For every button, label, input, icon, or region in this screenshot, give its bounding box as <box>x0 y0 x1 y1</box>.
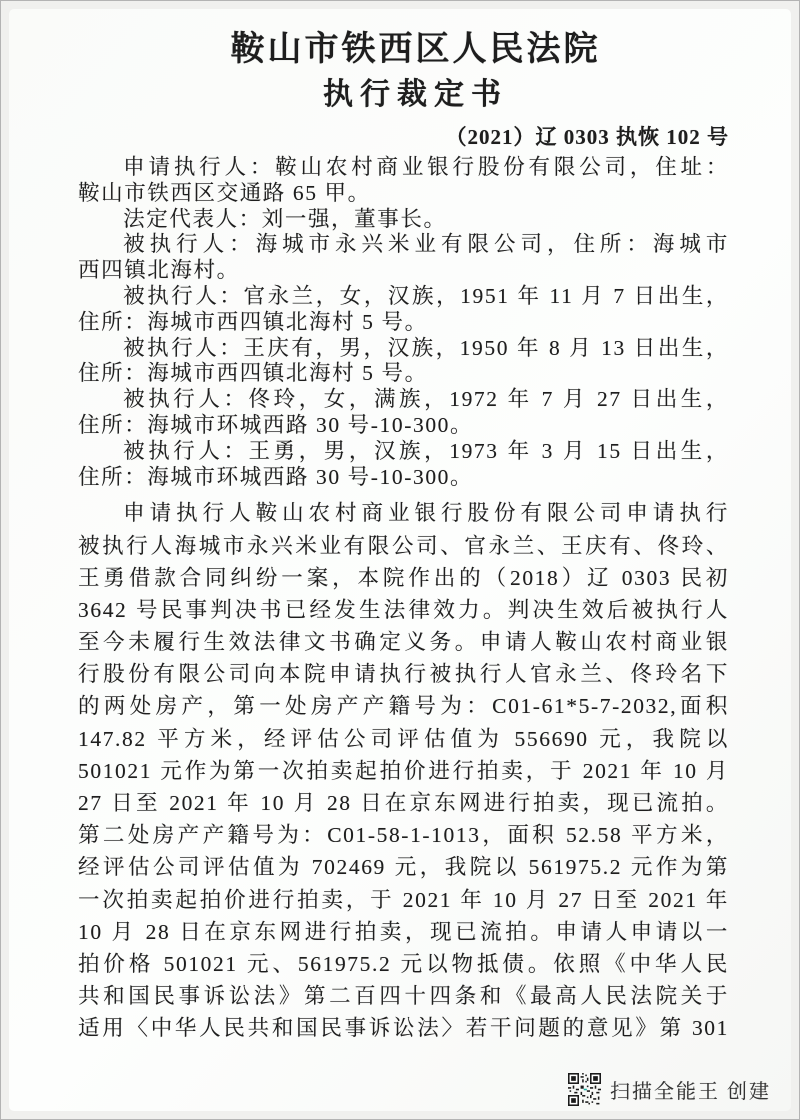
text-line: 被执行人：王庆有，男，汉族，1950 年 8 月 13 日出生， <box>78 336 729 362</box>
text-line: 行股份有限公司向本院申请执行被执行人官永兰、佟玲名下 <box>78 658 729 690</box>
text-line: 住所：海城市环城西路 30 号-10-300。 <box>78 413 729 439</box>
scanned-document: 鞍山市铁西区人民法院 执行裁定书 （2021）辽 0303 执恢 102 号 申… <box>0 0 800 1120</box>
text-line: 法定代表人：刘一强，董事长。 <box>78 207 729 233</box>
text-line: 10 月 28 日在京东网进行拍卖，现已流拍。申请人申请以一 <box>78 916 729 948</box>
text-line: 147.82 平方米，经评估公司评估值为 556690 元，我院以 <box>78 723 729 755</box>
text-line: 西四镇北海村。 <box>78 258 729 284</box>
text-line: 第二处房产产籍号为：C01-58-1-1013，面积 52.58 平方米， <box>78 819 729 851</box>
parties-section: 申请执行人：鞍山农村商业银行股份有限公司，住址：鞍山市铁西区交通路 65 甲。法… <box>78 155 729 490</box>
text-line: 拍价格 501021 元、561975.2 元以物抵债。依照《中华人民 <box>78 948 729 980</box>
text-line: 经评估公司评估值为 702469 元，我院以 561975.2 元作为第 <box>78 851 729 883</box>
text-line: 住所：海城市环城西路 30 号-10-300。 <box>78 465 729 491</box>
text-line: 的两处房产，第一处房产产籍号为：C01-61*5-7-2032,面积 <box>78 690 729 722</box>
watermark-text: 扫描全能王 创建 <box>610 1075 771 1104</box>
text-line: 被执行人海城市永兴米业有限公司、官永兰、王庆有、佟玲、 <box>78 530 729 562</box>
text-line: 501021 元作为第一次拍卖起拍价进行拍卖，于 2021 年 10 月 <box>78 755 729 787</box>
text-line: 27 日至 2021 年 10 月 28 日在京东网进行拍卖，现已流拍。 <box>78 787 729 819</box>
text-line: 一次拍卖起拍价进行拍卖，于 2021 年 10 月 27 日至 2021 年 <box>78 884 729 916</box>
text-line: 适用〈中华人民共和国民事诉讼法〉若干问题的意见》第 301 <box>78 1012 729 1044</box>
text-line: 被执行人：官永兰，女，汉族，1951 年 11 月 7 日出生， <box>78 284 729 310</box>
text-line: 共和国民事诉讼法》第二百四十四条和《最高人民法院关于 <box>78 980 729 1012</box>
text-line: 被执行人：海城市永兴米业有限公司，住所：海城市 <box>78 232 729 258</box>
text-line: 住所：海城市西四镇北海村 5 号。 <box>78 361 729 387</box>
document-content: 鞍山市铁西区人民法院 执行裁定书 （2021）辽 0303 执恢 102 号 申… <box>78 27 729 1045</box>
scanner-watermark: 扫描全能王 创建 <box>568 1073 771 1106</box>
text-line: 申请执行人：鞍山农村商业银行股份有限公司，住址： <box>78 155 729 181</box>
document-page: 鞍山市铁西区人民法院 执行裁定书 （2021）辽 0303 执恢 102 号 申… <box>9 9 791 1111</box>
text-line: 被执行人：佟玲，女，满族，1972 年 7 月 27 日出生， <box>78 387 729 413</box>
text-line: 住所：海城市西四镇北海村 5 号。 <box>78 310 729 336</box>
text-line: 申请执行人鞍山农村商业银行股份有限公司申请执行 <box>78 497 729 529</box>
text-line: 王勇借款合同纠纷一案，本院作出的（2018）辽 0303 民初 <box>78 562 729 594</box>
text-line: 3642 号民事判决书已经发生法律效力。判决生效后被执行人 <box>78 594 729 626</box>
qr-code-icon <box>568 1073 601 1106</box>
document-type: 执行裁定书 <box>90 73 741 117</box>
case-number: （2021）辽 0303 执恢 102 号 <box>78 121 729 153</box>
court-name: 鞍山市铁西区人民法院 <box>90 27 741 73</box>
text-line: 鞍山市铁西区交通路 65 甲。 <box>78 181 729 207</box>
text-line: 被执行人：王勇，男，汉族，1973 年 3 月 15 日出生， <box>78 439 729 465</box>
text-line: 至今未履行生效法律文书确定义务。申请人鞍山农村商业银 <box>78 626 729 658</box>
ruling-body-section: 申请执行人鞍山农村商业银行股份有限公司申请执行被执行人海城市永兴米业有限公司、官… <box>78 497 729 1044</box>
